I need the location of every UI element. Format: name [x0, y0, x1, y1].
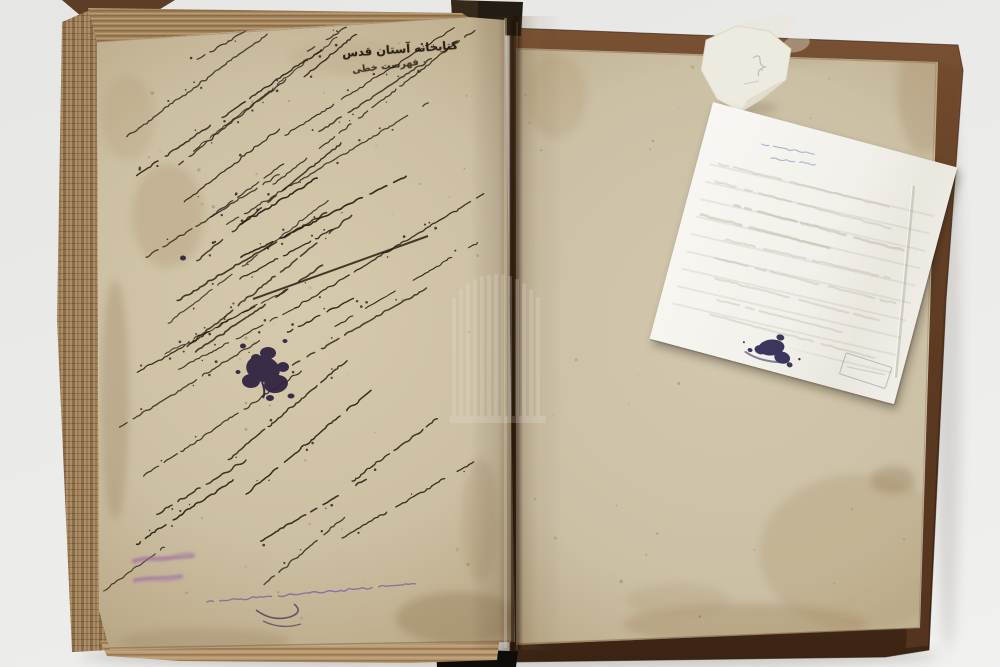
manuscript-photo: کتابخانه آستان قدس فهرست خطی — [0, 0, 1000, 667]
paper-stamp-impression — [839, 352, 893, 388]
paper-blue-note — [759, 140, 821, 171]
paper-ghost-writing — [676, 160, 919, 360]
